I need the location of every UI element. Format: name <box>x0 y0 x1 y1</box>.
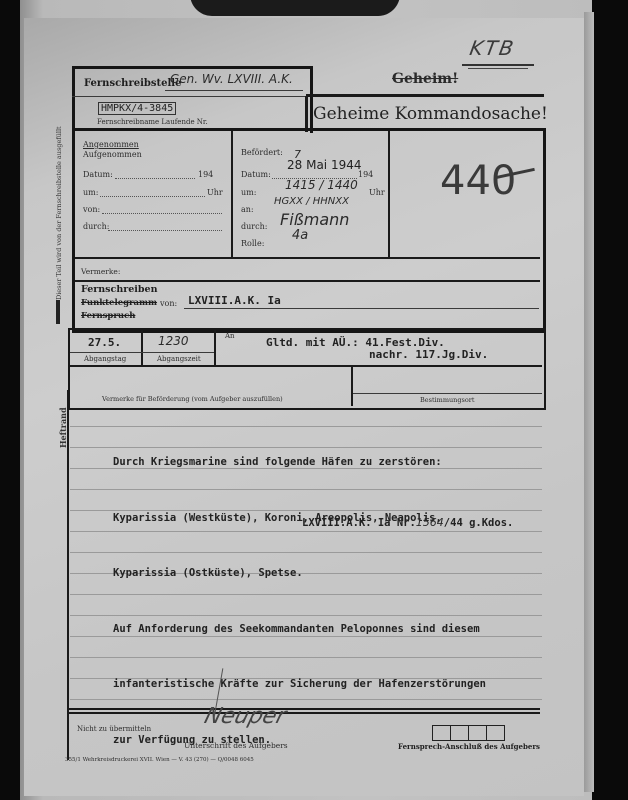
reference-number: LXVIII.A.K. Ia Nr.1564/44 g.Kdos. <box>302 516 513 529</box>
received-from-label: von: <box>83 205 100 214</box>
received-time-field[interactable] <box>100 196 205 197</box>
row-divider <box>70 352 214 353</box>
col-divider <box>388 131 390 258</box>
received-by-label: durch: <box>83 222 109 231</box>
received-date-field[interactable] <box>115 178 195 179</box>
col-divider <box>351 366 353 406</box>
binder-clip <box>190 0 400 16</box>
body-line: Auf Anforderung des Seekommandanten Pelo… <box>113 620 486 639</box>
forwarded-date-label: Datum: <box>241 170 271 179</box>
telex-name-label: Fernschreibname Laufende Nr. <box>97 118 208 126</box>
ktb-underline <box>468 68 528 69</box>
message-body: Durch Kriegsmarine sind folgende Häfen z… <box>113 416 486 768</box>
received-title: Aufgenommen <box>83 150 142 159</box>
forwarded-by-value: Fißmann <box>280 210 349 229</box>
header-rule <box>306 94 544 97</box>
phone-digit-box[interactable] <box>487 725 505 741</box>
date-overwrite: 7 <box>294 148 301 161</box>
reference-prefix: LXVIII.A.K. Ia Nr. <box>302 517 416 529</box>
heftrand-line <box>67 390 69 760</box>
row-divider <box>70 365 542 367</box>
message-type-struck: Funktelegramm <box>81 298 157 308</box>
destination-label: Bestimmungsort <box>420 396 474 404</box>
forwarded-time-value: 1415 / 1440 <box>285 178 358 192</box>
printer-imprint: 355/1 Wehrkreisdruckerei XVII. Wien — V.… <box>65 757 254 763</box>
reference-number-handwritten: 1564 <box>416 516 444 529</box>
row-divider <box>353 393 542 394</box>
margin-mark <box>56 300 60 324</box>
dispatch-day-label: Abgangstag <box>84 355 126 363</box>
sheet-edge <box>584 12 594 792</box>
body-line: Durch Kriegsmarine sind folgende Häfen z… <box>113 453 486 472</box>
col-divider <box>231 131 233 258</box>
signature-label: Unterschrift des Aufgebers <box>184 741 288 750</box>
body-line: infanteristische Kräfte zur Sicherung de… <box>113 675 486 694</box>
forwarded-time-label: um: <box>241 188 256 197</box>
year-label: 194 <box>198 170 213 179</box>
not-transmit-label: Nicht zu übermitteln <box>77 725 151 733</box>
body-line: Kyparissia (Ostküste), Spetse. <box>113 564 486 583</box>
vermerke-label: Vermerke: <box>81 267 120 276</box>
header-divider <box>305 96 308 132</box>
role-label: Rolle: <box>241 239 264 248</box>
received-date-label: Datum: <box>83 170 113 179</box>
reference-suffix: /44 g.Kdos. <box>444 517 514 529</box>
ktb-underline <box>462 64 534 66</box>
notes-label: Vermerke für Beförderung (vom Aufgeber a… <box>102 395 283 403</box>
dispatch-time-label: Abgangszeit <box>157 355 201 363</box>
classification-title: Geheime Kommandosache! <box>313 104 548 124</box>
received-struck: Angenommen <box>83 140 139 149</box>
phone-boxes <box>432 725 505 741</box>
received-time-label: um: <box>83 188 98 197</box>
station-divider <box>72 96 307 97</box>
margin-note: Dieser Teil wird von der Fernschreibstel… <box>55 126 63 300</box>
phone-label: Fernsprech-Anschluß des Aufgebers <box>398 742 540 751</box>
phone-digit-box[interactable] <box>432 725 451 741</box>
footer-rule <box>68 708 540 710</box>
page-number: 440 <box>440 158 516 204</box>
to-line-2: nachr. 117.Jg.Div. <box>369 348 488 361</box>
uhr-label: Uhr <box>369 188 385 197</box>
forwarded-to-label: an: <box>241 205 254 214</box>
message-type-selected: Fernschreiben <box>81 284 157 295</box>
footer-rule <box>68 712 540 714</box>
year-label: 194 <box>358 170 373 179</box>
message-type-struck: Fernspruch <box>81 311 135 321</box>
forwarded-title: Befördert: <box>241 148 283 157</box>
received-by-field[interactable] <box>108 230 222 231</box>
station-label: Fernschreibstelle <box>84 78 181 89</box>
role-value: 4a <box>292 228 308 243</box>
row-divider <box>75 280 540 282</box>
dispatch-day-value: 27.5. <box>88 336 121 349</box>
station-value: Gen. Wv. LXVIII. A.K. <box>170 72 293 86</box>
ktb-annotation: KTB <box>468 36 517 60</box>
from-rule <box>184 308 539 309</box>
uhr-label: Uhr <box>207 188 223 197</box>
forwarded-by-label: durch: <box>241 222 267 231</box>
classification-struck: Geheim! <box>392 71 458 87</box>
station-rule <box>165 90 303 91</box>
to-label: An <box>225 332 235 340</box>
from-label: von: <box>160 299 177 308</box>
phone-digit-box[interactable] <box>451 725 469 741</box>
col-divider <box>214 330 216 366</box>
from-value: LXVIII.A.K. Ia <box>188 294 281 307</box>
col-divider <box>141 330 143 366</box>
phone-digit-box[interactable] <box>469 725 487 741</box>
received-from-field[interactable] <box>102 213 222 214</box>
dispatch-time-value: 1230 <box>158 334 189 348</box>
row-divider <box>75 257 540 259</box>
forwarded-to-value: HGXX / HHNXX <box>274 196 349 207</box>
telex-name-value: HMPKX/4-3845 <box>98 102 176 115</box>
